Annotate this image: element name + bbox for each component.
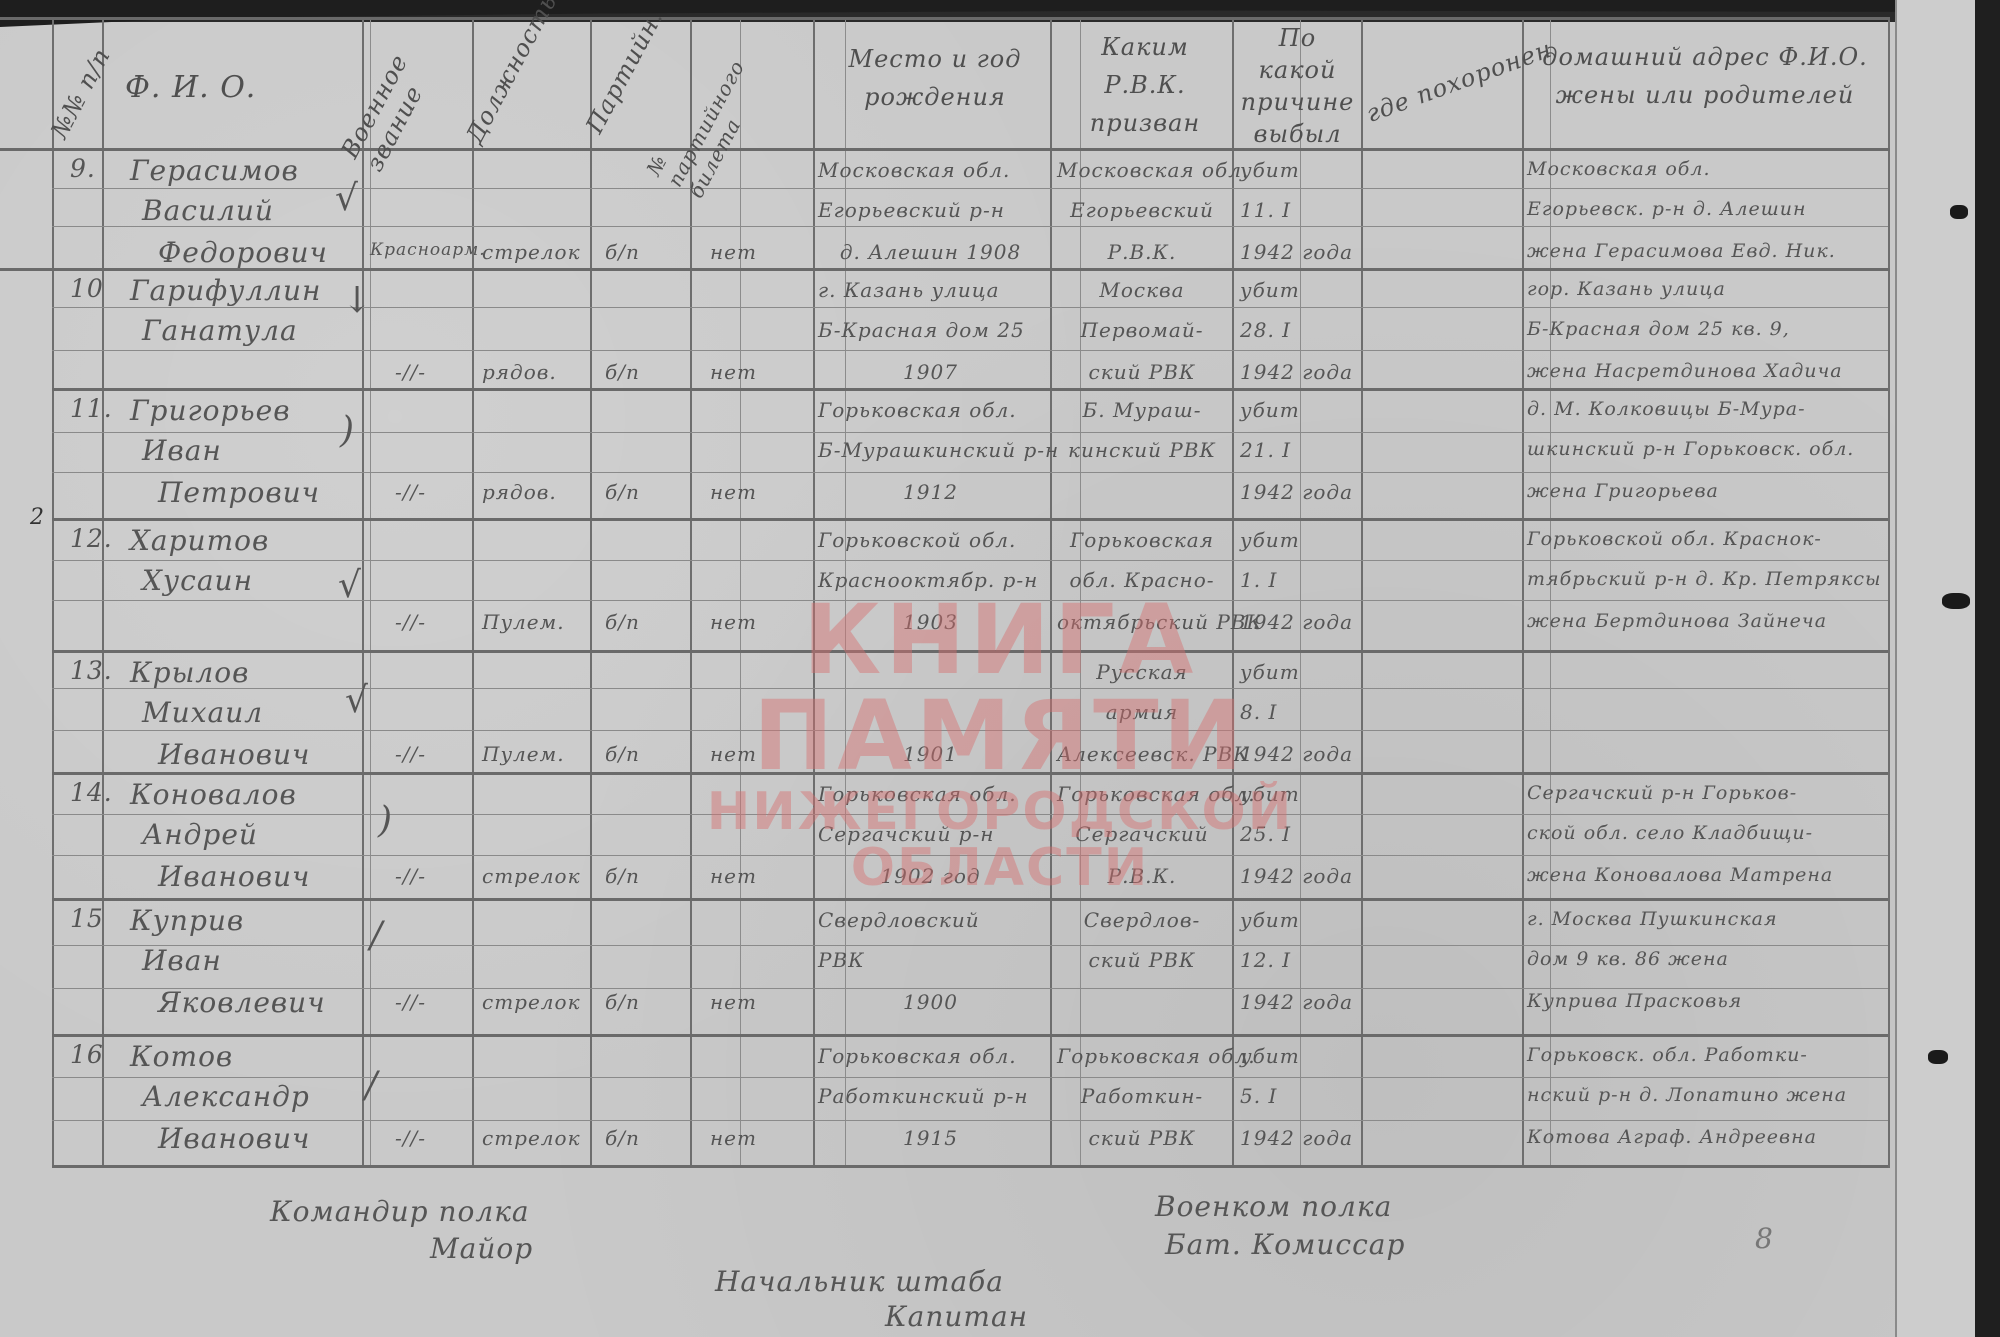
row-line	[52, 1034, 1888, 1037]
record-birth-line: 1912	[818, 480, 1043, 504]
record-address-line: д. М. Колковицы Б-Мура-	[1527, 398, 1806, 420]
record-fio-line: Василий	[142, 194, 274, 227]
row-line	[52, 988, 1888, 989]
record-birth-line: 1901	[818, 742, 1043, 766]
record-birth-line: Горьковской обл.	[818, 528, 1043, 552]
record-party: б/п	[605, 480, 640, 504]
record-rvk-line: ский РВК	[1057, 360, 1227, 384]
record-rvk-line: Б. Мураш-	[1057, 398, 1227, 422]
record-birth-line: Свердловский	[818, 908, 1043, 932]
record-rank: -//-	[395, 610, 426, 634]
row-line	[52, 472, 1888, 473]
row-line	[52, 730, 1888, 731]
record-party-card: нет	[710, 360, 757, 384]
record-fio-line: Александр	[142, 1080, 310, 1113]
column-line	[370, 18, 371, 1168]
record-rank: -//-	[395, 360, 426, 384]
record-rank: -//-	[395, 742, 426, 766]
signature-commander-rank: Майор	[430, 1232, 533, 1265]
record-address-line: жена Герасимова Евд. Ник.	[1527, 240, 1836, 262]
header-party: Партийн.	[580, 5, 668, 138]
record-birth-line: 1915	[818, 1126, 1043, 1150]
record-birth-line: Б-Красная дом 25	[818, 318, 1043, 342]
record-fio-line: Яковлевич	[158, 986, 326, 1019]
row-line	[52, 772, 1888, 775]
record-rvk-line: Горьковская	[1057, 528, 1227, 552]
header-fio: Ф. И. О.	[125, 70, 256, 105]
column-line	[472, 18, 474, 1168]
header-num: №№ п/п	[45, 43, 116, 143]
record-address-line: нский р-н д. Лопатино жена	[1527, 1084, 1847, 1106]
row-line	[52, 388, 1888, 391]
row-line	[52, 855, 1888, 856]
record-party-card: нет	[710, 480, 757, 504]
record-party: б/п	[605, 990, 640, 1014]
record-fio-line: Иванович	[158, 860, 310, 893]
record-fio-line: Петрович	[158, 476, 320, 509]
record-party: б/п	[605, 1126, 640, 1150]
record-birth-line: 1903	[818, 610, 1043, 634]
record-rvk-line: октябрьский РВК	[1057, 610, 1227, 634]
record-position: Пулем.	[482, 742, 565, 766]
record-fio-line: Ганатула	[142, 314, 298, 347]
row-line	[0, 148, 1890, 151]
record-birth-line: Горьковская обл.	[818, 398, 1043, 422]
record-party-card: нет	[710, 610, 757, 634]
record-reason-line: 1942 года	[1240, 742, 1353, 766]
record-rvk-line: ский РВК	[1057, 1126, 1227, 1150]
record-fio-line: Андрей	[142, 818, 258, 851]
record-birth-line: Краснооктябр. р-н	[818, 568, 1043, 592]
record-num: 16	[70, 1040, 104, 1069]
record-birth-line: РВК	[818, 948, 1043, 972]
record-position: рядов.	[482, 480, 557, 504]
record-reason-line: 28. I	[1240, 318, 1291, 342]
record-rvk-line: Московская обл.	[1057, 158, 1227, 182]
page-mark: 8	[1755, 1222, 1774, 1255]
record-address-line: жена Насретдинова Хадича	[1527, 360, 1843, 382]
column-line	[1232, 18, 1234, 1168]
scan-right-edge	[1975, 0, 2000, 1337]
record-address-line: Сергачский р-н Горьков-	[1527, 782, 1797, 804]
record-address-line: Котова Аграф. Андреевна	[1527, 1126, 1817, 1148]
record-reason-line: 8. I	[1240, 700, 1277, 724]
record-birth-line: д. Алешин 1908	[818, 240, 1043, 264]
column-line	[590, 18, 592, 1168]
record-fio-line: Харитов	[130, 524, 269, 557]
row-line	[52, 560, 1888, 561]
record-fio-line: Котов	[130, 1040, 233, 1073]
record-rvk-line: Свердлов-	[1057, 908, 1227, 932]
record-fio-line: Григорьев	[130, 394, 291, 427]
record-reason-line: 21. I	[1240, 438, 1291, 462]
record-party: б/п	[605, 742, 640, 766]
header-burial: где похоронен	[1362, 35, 1555, 128]
header-rvk: Каким Р.В.К. призван	[1065, 28, 1225, 142]
record-birth-line: 1907	[818, 360, 1043, 384]
record-rvk-line: Работкин-	[1057, 1084, 1227, 1108]
margin-mark: 2	[30, 505, 45, 530]
record-rank: Красноарм.	[370, 240, 486, 260]
record-party: б/п	[605, 360, 640, 384]
record-reason-line: 1942 года	[1240, 864, 1353, 888]
record-party: б/п	[605, 610, 640, 634]
column-line	[1361, 18, 1363, 1168]
record-address-line: Московская обл.	[1527, 158, 1711, 180]
record-rank: -//-	[395, 1126, 426, 1150]
record-birth-line: Московская обл.	[818, 158, 1043, 182]
record-num: 9.	[70, 154, 96, 183]
column-line	[1080, 18, 1081, 1168]
column-line	[1050, 18, 1052, 1168]
record-address-line: жена Коновалова Матрена	[1527, 864, 1833, 886]
punch-hole	[1928, 1050, 1948, 1064]
record-num: 10	[70, 274, 104, 303]
record-rvk-line: обл. Красно-	[1057, 568, 1227, 592]
record-fio-line: Михаил	[142, 696, 263, 729]
record-rank: -//-	[395, 480, 426, 504]
column-line	[1522, 18, 1524, 1168]
record-position: стрелок	[482, 1126, 581, 1150]
record-position: стрелок	[482, 864, 581, 888]
record-address-line: ской обл. село Кладбищи-	[1527, 822, 1813, 844]
record-reason-line: убит	[1240, 908, 1300, 932]
record-reason-line: убит	[1240, 278, 1300, 302]
check-mark: /	[370, 915, 382, 956]
record-birth-line: г. Казань улица	[818, 278, 1043, 302]
record-address-line: г. Москва Пушкинская	[1527, 908, 1778, 930]
record-rvk-line: Москва	[1057, 278, 1227, 302]
record-reason-line: 1. I	[1240, 568, 1277, 592]
record-birth-line: Горьковская обл.	[818, 1044, 1043, 1068]
record-party-card: нет	[710, 240, 757, 264]
record-fio-line: Иван	[142, 434, 222, 467]
record-birth-line: Горьковская обл.	[818, 782, 1043, 806]
record-party-card: нет	[710, 990, 757, 1014]
check-mark: )	[378, 800, 392, 841]
header-birth: Место и год рождения	[835, 40, 1035, 116]
row-line	[52, 518, 1888, 521]
record-fio-line: Герасимов	[130, 154, 299, 187]
record-rvk-line: Русская	[1057, 660, 1227, 684]
record-address-line: Куприва Прасковья	[1527, 990, 1742, 1012]
record-rvk-line: Егорьевский	[1057, 198, 1227, 222]
record-birth-line: 1902 год	[818, 864, 1043, 888]
record-fio-line: Иван	[142, 944, 222, 977]
check-mark: √	[338, 565, 361, 606]
record-birth-line: Работкинский р-н	[818, 1084, 1043, 1108]
record-party: б/п	[605, 240, 640, 264]
record-fio-line: Гарифуллин	[130, 274, 321, 307]
record-party-card: нет	[710, 1126, 757, 1150]
record-reason-line: убит	[1240, 398, 1300, 422]
record-reason-line: 1942 года	[1240, 1126, 1353, 1150]
column-line	[52, 18, 54, 1168]
check-mark: √	[335, 178, 358, 219]
record-address-line: тябрьский р-н д. Кр. Петряксы	[1527, 568, 1881, 590]
row-line	[52, 1165, 1888, 1168]
record-address-line: жена Бертдинова Зайнеча	[1527, 610, 1827, 632]
header-rank: Военное звание	[336, 26, 451, 176]
record-party-card: нет	[710, 742, 757, 766]
record-rvk-line: Горьковская обл.	[1057, 782, 1227, 806]
record-address-line: дом 9 кв. 86 жена	[1527, 948, 1729, 970]
check-mark: /	[365, 1065, 377, 1106]
record-party: б/п	[605, 864, 640, 888]
row-line	[52, 650, 1888, 653]
record-address-line: Егорьевск. р-н д. Алешин	[1527, 198, 1807, 220]
record-party-card: нет	[710, 864, 757, 888]
row-line	[52, 432, 1888, 433]
record-address-line: Горьковской обл. Краснок-	[1527, 528, 1822, 550]
record-reason-line: убит	[1240, 1044, 1300, 1068]
header-reason: По какой причине выбыл	[1240, 22, 1355, 150]
row-line	[52, 814, 1888, 815]
binding-strip	[1895, 0, 1977, 1337]
record-birth-line: 1900	[818, 990, 1043, 1014]
record-fio-line: Коновалов	[130, 778, 297, 811]
record-birth-line: Б-Мурашкинский р-н	[818, 438, 1043, 462]
header-address: домашний адрес Ф.И.О. жены или родителей	[1535, 38, 1875, 114]
record-rvk-line: Горьковская обл.	[1057, 1044, 1227, 1068]
punch-hole	[1950, 205, 1968, 219]
record-birth-line: Сергачский р-н	[818, 822, 1043, 846]
record-num: 12.	[70, 524, 113, 553]
record-position: Пулем.	[482, 610, 565, 634]
record-reason-line: убит	[1240, 158, 1300, 182]
record-rvk-line: Р.В.К.	[1057, 240, 1227, 264]
record-reason-line: убит	[1240, 660, 1300, 684]
record-reason-line: 1942 года	[1240, 240, 1353, 264]
signature-commissar-title: Военком полка	[1155, 1190, 1392, 1223]
row-line	[0, 17, 1890, 20]
record-num: 13.	[70, 656, 113, 685]
record-rvk-line: Р.В.К.	[1057, 864, 1227, 888]
row-line	[52, 1120, 1888, 1121]
row-line	[52, 226, 1888, 227]
record-position: стрелок	[482, 240, 581, 264]
record-address-line: Б-Красная дом 25 кв. 9,	[1527, 318, 1790, 340]
signature-chief-rank: Капитан	[885, 1300, 1028, 1333]
record-position: рядов.	[482, 360, 557, 384]
record-reason-line: 12. I	[1240, 948, 1291, 972]
record-num: 15	[70, 904, 104, 933]
row-line	[52, 307, 1888, 308]
record-rvk-line: Первомай-	[1057, 318, 1227, 342]
record-reason-line: 1942 года	[1240, 990, 1353, 1014]
row-line	[52, 688, 1888, 689]
record-address-line: жена Григорьева	[1527, 480, 1719, 502]
casualty-ledger: №№ п/п Ф. И. О. Военное звание Должность…	[0, 0, 1895, 1337]
row-line	[52, 945, 1888, 946]
record-reason-line: убит	[1240, 782, 1300, 806]
record-fio-line: Иванович	[158, 738, 310, 771]
record-num: 14.	[70, 778, 113, 807]
record-rvk-line: кинский РВК	[1057, 438, 1227, 462]
check-mark: √	[345, 680, 368, 721]
signature-commissar-rank: Бат. Комиссар	[1165, 1228, 1405, 1261]
record-reason-line: 1942 года	[1240, 360, 1353, 384]
record-fio-line: Куприв	[130, 904, 244, 937]
header-position: Должность	[460, 0, 562, 148]
punch-hole	[1942, 593, 1970, 609]
row-line	[52, 350, 1888, 351]
record-num: 11.	[70, 394, 113, 423]
record-rvk-line: Сергачский	[1057, 822, 1227, 846]
record-address-line: гор. Казань улица	[1527, 278, 1726, 300]
record-fio-line: Крылов	[130, 656, 249, 689]
check-mark: )	[340, 410, 354, 451]
record-birth-line: Егорьевский р-н	[818, 198, 1043, 222]
record-position: стрелок	[482, 990, 581, 1014]
column-line	[102, 18, 104, 1168]
row-line	[52, 898, 1888, 901]
header-party-card: № партийного билета	[641, 36, 775, 202]
record-address-line: шкинский р-н Горьковск. обл.	[1527, 438, 1854, 460]
record-reason-line: убит	[1240, 528, 1300, 552]
record-reason-line: 25. I	[1240, 822, 1291, 846]
row-line	[52, 1077, 1888, 1078]
record-rvk-line: Алексеевск. РВК	[1057, 742, 1227, 766]
row-line	[52, 188, 1888, 189]
record-fio-line: Хусаин	[142, 564, 253, 597]
record-reason-line: 1942 года	[1240, 610, 1353, 634]
record-fio-line: Иванович	[158, 1122, 310, 1155]
signature-commander-title: Командир полка	[270, 1195, 530, 1228]
column-line	[362, 18, 364, 1168]
check-mark: ↓	[342, 280, 372, 321]
record-address-line: Горьковск. обл. Работки-	[1527, 1044, 1808, 1066]
column-line	[1888, 18, 1890, 1168]
record-reason-line: 1942 года	[1240, 480, 1353, 504]
record-reason-line: 5. I	[1240, 1084, 1277, 1108]
column-line	[813, 18, 815, 1168]
record-reason-line: 11. I	[1240, 198, 1291, 222]
record-rank: -//-	[395, 990, 426, 1014]
record-rank: -//-	[395, 864, 426, 888]
record-fio-line: Федорович	[158, 236, 328, 269]
signature-chief-title: Начальник штаба	[715, 1265, 1004, 1298]
row-line	[52, 600, 1888, 601]
record-rvk-line: ский РВК	[1057, 948, 1227, 972]
record-rvk-line: армия	[1057, 700, 1227, 724]
